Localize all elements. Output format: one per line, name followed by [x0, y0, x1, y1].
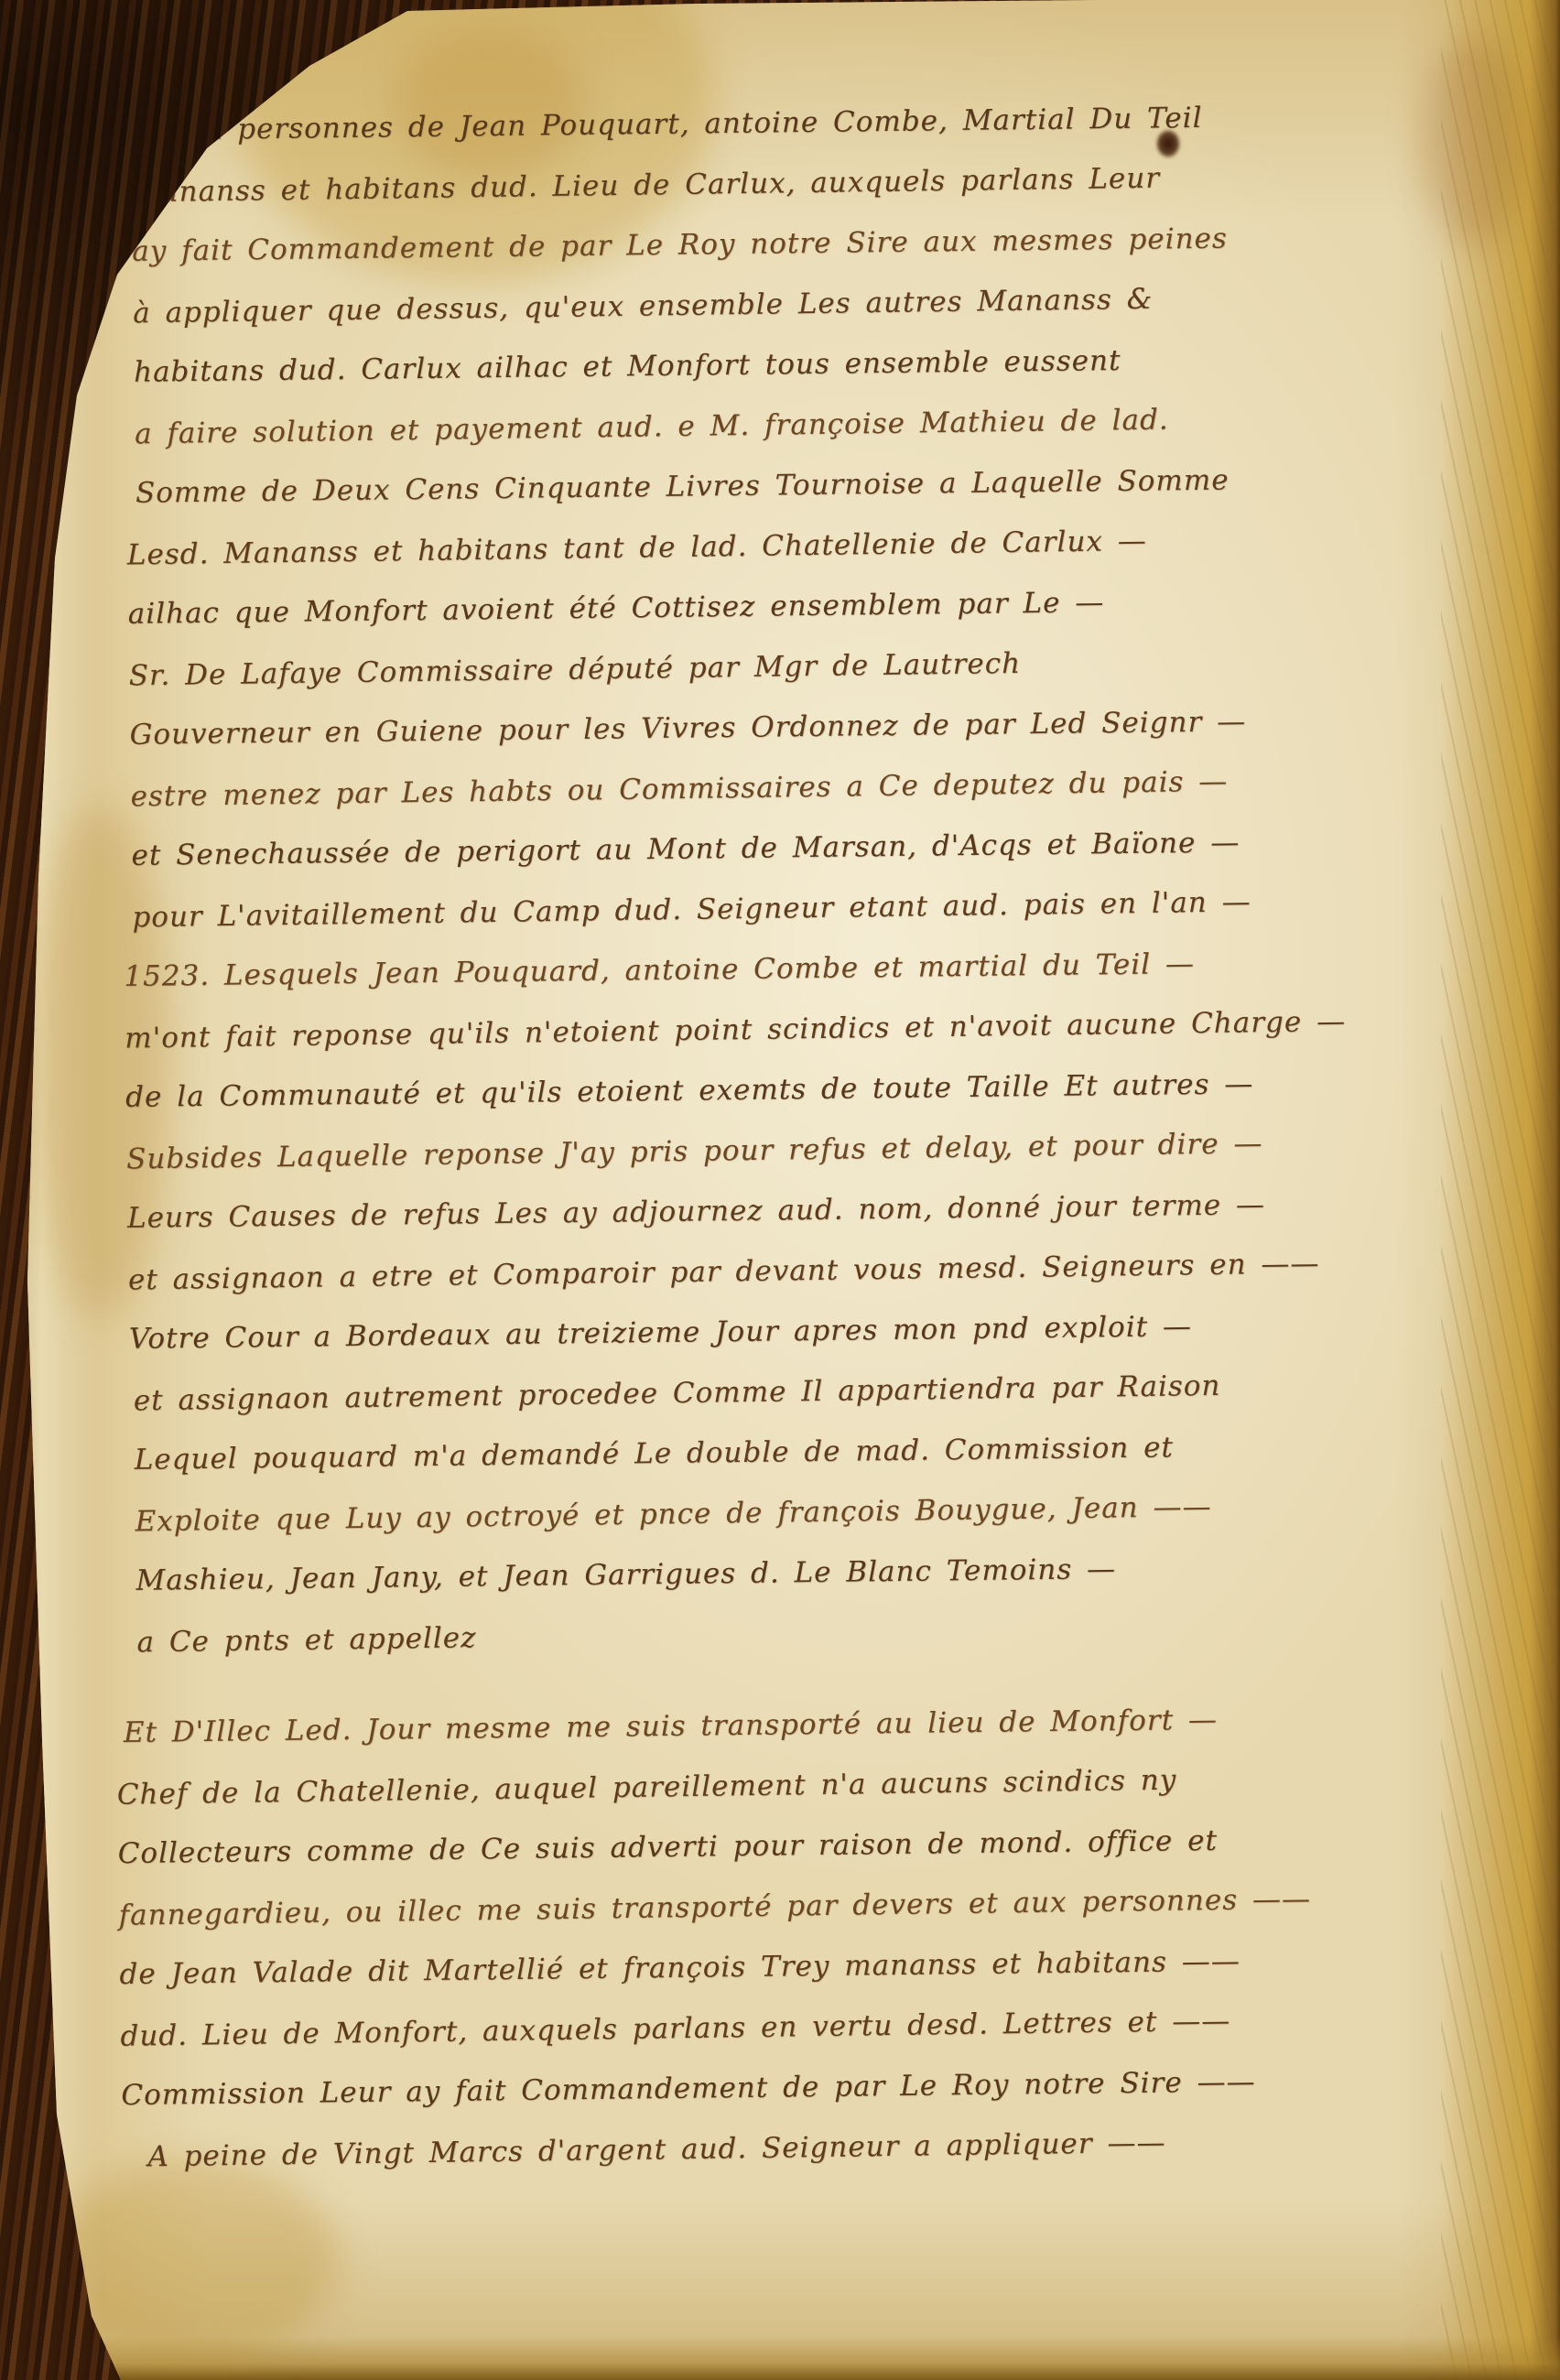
photo-scene: aux personnes de Jean Pouquart, antoine … [0, 0, 1560, 2380]
manuscript-page: aux personnes de Jean Pouquart, antoine … [0, 0, 1560, 2380]
manuscript-text: aux personnes de Jean Pouquart, antoine … [88, 82, 1545, 2188]
